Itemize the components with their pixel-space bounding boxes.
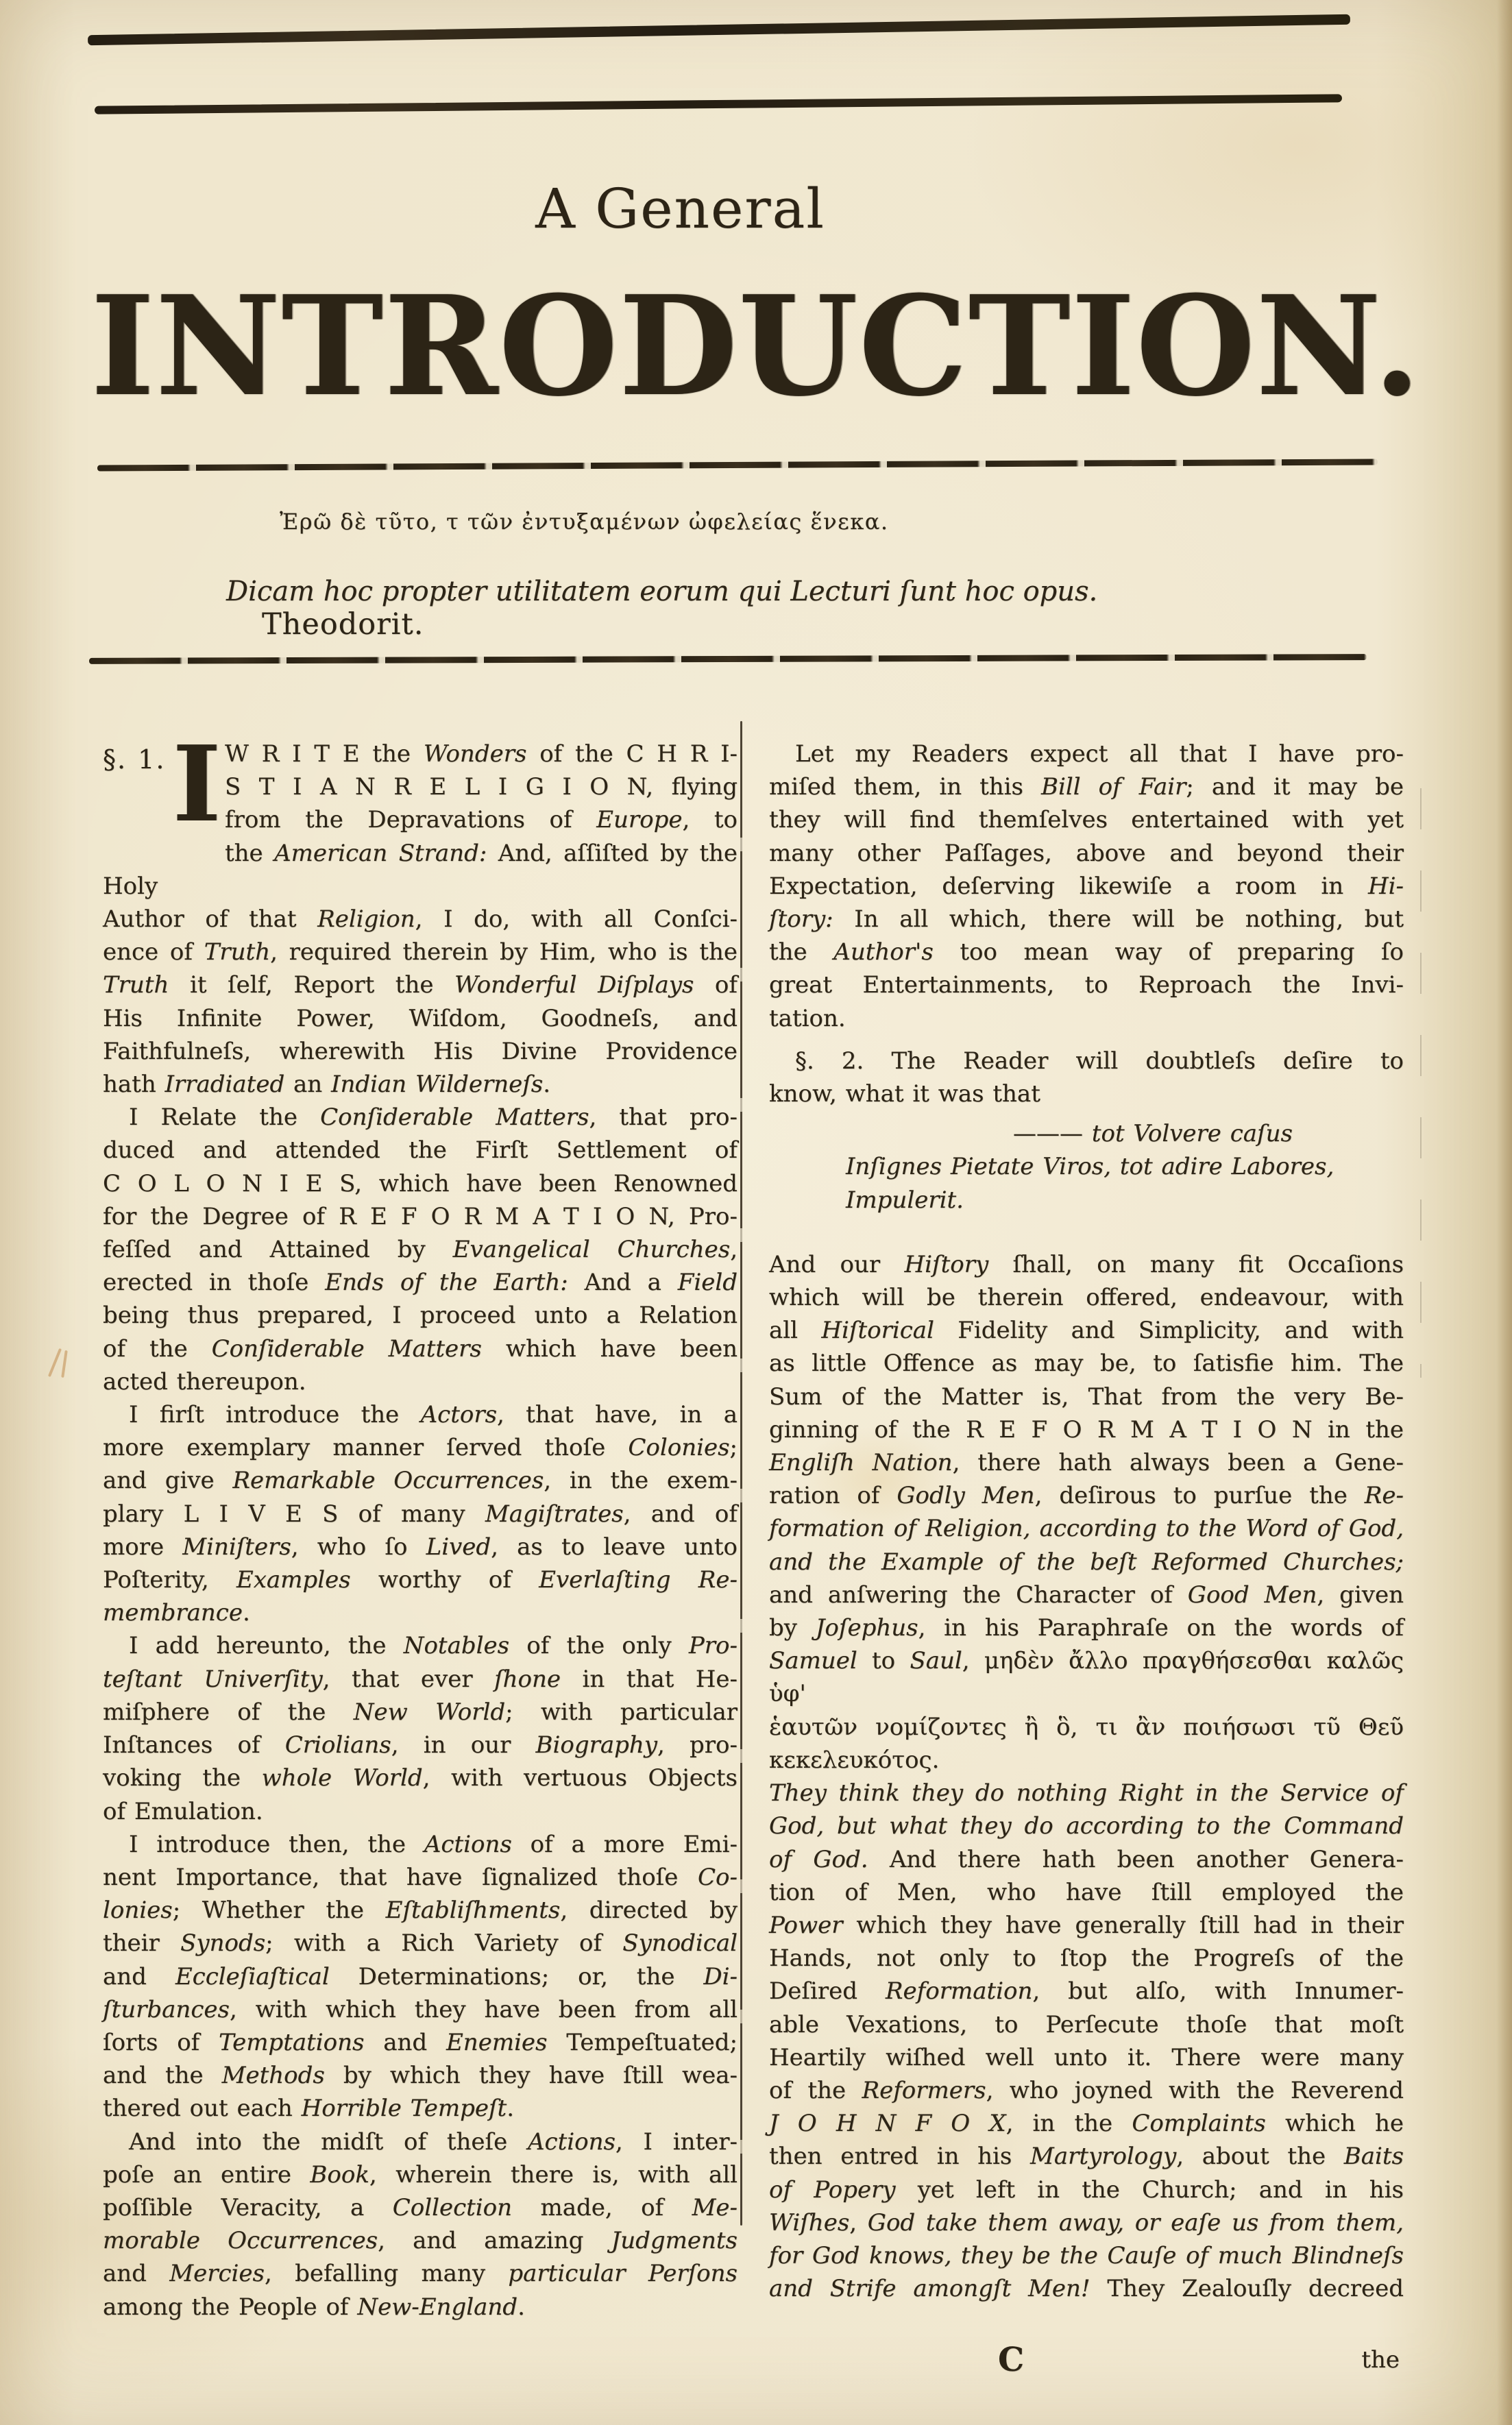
text-line: more Miniſters, who ſo Lived, as to leav… [103,1531,737,1563]
text-line: Engliſh Nation, there hath always been a… [769,1446,1404,1479]
text-line: thered out each Horrible Tempeſt. [103,2092,737,2125]
text-line: Poſterity, Examples worthy of Everlaſtin… [103,1563,737,1596]
roman-text: duced and attended the Firſt Settlement … [103,1136,737,1164]
roman-text: , deſirous to purſue the [1035,1482,1365,1509]
roman-text: of [694,971,737,999]
italic-text: Examples [236,1566,351,1594]
page-title-large: INTRODUCTION. [0,266,1512,427]
italic-text: Conſiderable Matters [212,1335,482,1363]
roman-text: worthy of [351,1566,539,1594]
roman-text: miſed them, in this [769,773,1041,801]
text-line: ſorts of Temptations and Enemies Tempeſt… [103,2026,737,2059]
text-line: I firſt introduce the Actors, that have,… [103,1398,737,1431]
italic-text: Di- [703,1963,737,1990]
italic-text: Co- [698,1864,737,1891]
italic-text: Conſiderable Matters [320,1104,589,1131]
italic-text: Evangelical Churches [453,1236,731,1263]
roman-text: for the Degree of R E F O R M A T I O N,… [103,1203,737,1230]
roman-text: And our [769,1251,905,1278]
italic-text: and Strife amongſt Men! [769,2275,1090,2302]
text-line: lonies; Whether the Eſtabliſhments, dire… [103,1894,737,1927]
text-line: able Vexations, to Perſecute thoſe that … [769,2008,1404,2041]
italic-text: Impulerit. [846,1186,964,1214]
roman-text: nent Importance, that have ſignalized th… [103,1864,698,1891]
text-line: ſturbances, with which they have been fr… [103,1993,737,2026]
roman-text: miſphere of the [103,1698,354,1726]
italic-text: Criolians [285,1731,391,1759]
roman-text: S T I A N R E L I G I O N, flying [225,773,737,801]
text-line: ration of Godly Men, deſirous to purſue … [769,1479,1404,1512]
roman-text: poſſible Veracity, a [103,2194,393,2221]
roman-text: §. 2. The Reader will doubtleſs deſire t… [795,1047,1404,1075]
italic-text: Me- [692,2194,737,2221]
italic-text: Actions [424,1831,512,1858]
roman-text: Hands, not only to ſtop the Progreſs of … [769,1945,1404,1972]
paragraph: Let my Readers expect all that I have pr… [769,738,1404,1035]
roman-text: In all which, there will be nothing, but [833,905,1404,933]
roman-text: . [243,1599,250,1626]
roman-text: and give [103,1467,232,1494]
text-line: Samuel to Saul, μηδὲν ἄλλο πραγθήσεσθαι … [769,1644,1404,1710]
text-line: Hands, not only to ſtop the Progreſs of … [769,1942,1404,1975]
roman-text: the [225,840,274,867]
roman-text: which have been [482,1335,737,1363]
roman-text: , in the [1006,2110,1132,2137]
text-line: and anſwering the Character of Good Men,… [769,1579,1404,1611]
roman-text: ſhall, on many fit Occaſions [988,1251,1404,1278]
italic-text: Ends of the Earth: [325,1269,568,1296]
roman-text: tation. [769,1005,846,1032]
roman-text: all [769,1317,821,1344]
text-line: and the Methods by which they have ſtill… [103,2059,737,2092]
text-line: Faithfulneſs, wherewith His Divine Provi… [103,1035,737,1068]
text-line: by Joſephus, in his Paraphraſe on the wo… [769,1611,1404,1644]
roman-text: , who joyned with the Reverend [986,2077,1404,2104]
text-line: I add hereunto, the Notables of the only… [103,1629,737,1662]
paragraph: I Relate the Conſiderable Matters, that … [103,1101,737,1398]
italic-text: Truth [103,971,169,999]
top-rule-1 [88,14,1350,46]
roman-text: and [103,2260,169,2287]
roman-text: ; [730,1434,737,1461]
roman-text: and anſwering the Character of [769,1581,1188,1609]
roman-text: , I do, with all Conſci- [415,905,737,933]
italic-text: ſhone [494,1666,561,1693]
italic-text: of God. [769,1846,868,1873]
epigraph-attribution: Theodorit. [262,607,424,642]
italic-text: Book [310,2161,369,2189]
epigraph-bottom-rule [89,654,1367,664]
italic-text: Collection [393,2194,512,2221]
text-line: formation of Religion, according to the … [769,1512,1404,1545]
drop-cap-letter: I [172,743,221,825]
italic-text: Horrible Tempeſt [302,2095,507,2122]
page-title-small: A General [0,177,1361,241]
roman-text: the [769,938,833,966]
roman-text: I Relate the [129,1104,320,1131]
text-line: morable Occurrences, and amazing Judgmen… [103,2224,737,2257]
roman-text: Faithfulneſs, wherewith His Divine Provi… [103,1038,737,1065]
roman-text: many other Paſſages, above and beyond th… [769,840,1404,867]
roman-text: They Zealouſly decreed [1090,2275,1404,2302]
paragraph: §. 1.IW R I T E the Wonders of the C H R… [103,738,737,1101]
italic-text: Complaints [1132,2110,1266,2137]
text-line: His Infinite Power, Wiſdom, Goodneſs, an… [103,1002,737,1035]
roman-text: made, of [512,2194,692,2221]
paragraph: I add hereunto, the Notables of the only… [103,1629,737,1827]
italic-text: God, but what they do according to the C… [769,1812,1404,1840]
text-line: nent Importance, that have ſignalized th… [103,1861,737,1894]
text-line: God, but what they do according to the C… [769,1809,1404,1842]
roman-text: ; and it may be [1186,773,1404,801]
text-line: the Author's too mean way of preparing ſ… [769,936,1404,968]
italic-text: Irradiated [165,1071,285,1098]
roman-text: , to [682,806,737,833]
roman-text: , [849,2209,868,2237]
latin-epigraph: Dicam hoc propter utilitatem eorum qui L… [226,576,1295,642]
text-line: for God knows, they be the Cauſe of much… [769,2239,1404,2272]
italic-text: Re- [1365,1482,1404,1509]
roman-text: , that pro- [589,1104,737,1131]
paragraph: And into the midſt of theſe Actions, I i… [103,2125,737,2324]
italic-text: Europe [596,806,682,833]
italic-text: Synodical [622,1929,737,1957]
italic-text: Baits [1344,2143,1404,2170]
catchword: the [1361,2343,1404,2376]
roman-text: of the [769,2077,862,2104]
text-line: their Synods; with a Rich Variety of Syn… [103,1927,737,1960]
italic-text: and the Example of the beſt Reformed Chu… [769,1548,1404,1576]
text-line: I Relate the Conſiderable Matters, that … [103,1101,737,1134]
italic-text: Religion [317,905,415,933]
roman-text: , but alſo, with Innumer- [1032,1977,1404,2005]
roman-text: which will be therein offered, endeavour… [769,1284,1404,1311]
italic-text: Hiſtory [905,1251,989,1278]
top-rule-2 [95,94,1342,114]
roman-text: And there hath been another Genera- [868,1846,1404,1873]
text-line: of Popery yet left in the Church; and in… [769,2173,1404,2206]
paragraph: And our Hiſtory ſhall, on many fit Occaſ… [769,1248,1404,2306]
roman-text: , in his Paraphraſe on the words of [918,1614,1404,1642]
roman-text: plary L I V E S of many [103,1500,485,1528]
text-line: ence of Truth, required therein by Him, … [103,936,737,968]
roman-text: I firſt introduce the [129,1401,421,1428]
roman-text: , that ever [323,1666,494,1693]
text-line: of the Conſiderable Matters which have b… [103,1332,737,1365]
roman-text: Tempeſtuated; [548,2029,737,2056]
text-line: Impulerit. [846,1184,1404,1217]
italic-text: Inſignes Pietate Viros, tot adire Labore… [846,1153,1334,1180]
signature-catchword-row: Cthe [769,2343,1404,2376]
italic-text: Power [769,1912,842,1939]
text-line: teſtant Univerſity, that ever ſhone in t… [103,1663,737,1696]
italic-text: Truth [204,938,270,966]
roman-text: , as to leave unto [491,1533,737,1561]
greek-epigraph: Ἐρῶ δὲ τῦτο, τ τῶν ἐντυξαμένων ὠφελείας … [280,509,888,535]
roman-text: of Emulation. [103,1798,263,1825]
roman-text: feſſed and Attained by [103,1236,453,1263]
roman-text: , in our [391,1731,536,1759]
right-margin-bleed-line [1420,788,1422,1378]
roman-text: of a more Emi- [512,1831,737,1858]
roman-text: , [730,1236,737,1263]
roman-text: , about the [1176,2143,1344,2170]
roman-text: Expectation, deſerving likewiſe a room i… [769,873,1368,900]
paragraph: I introduce then, the Actions of a more … [103,1828,737,2125]
gathering-signature-mark: C [998,2343,1024,2376]
right-text-column: Let my Readers expect all that I have pr… [769,738,1404,2377]
text-line: and the Example of the beſt Reformed Chu… [769,1546,1404,1579]
italic-text: Reformers [862,2077,986,2104]
italic-text: of Popery [769,2176,896,2204]
text-line: they will find themſelves entertained wi… [769,803,1404,836]
italic-text: New World [354,1698,505,1726]
text-line: great Entertainments, to Reproach the In… [769,968,1404,1001]
text-line: Inſtances of Criolians, in our Biography… [103,1729,737,1762]
text-line: tation. [769,1002,1404,1035]
roman-text: of the C H R I- [526,740,737,768]
roman-text: , and of [624,1500,737,1528]
roman-text: yet left in the Church; and in his [896,2176,1404,2204]
roman-text: in that He- [561,1666,737,1693]
italic-text: Magiſtrates [485,1500,624,1528]
roman-text: to [857,1647,910,1674]
roman-text: ; with particular [505,1698,737,1726]
text-line: J O H N F O X, in the Complaints which h… [769,2107,1404,2140]
italic-text: Eccleſiaſtical [175,1963,330,1990]
italic-text: Saul [910,1647,962,1674]
text-line: of Emulation. [103,1795,737,1828]
italic-text: Everlaſting Re- [539,1566,737,1594]
text-line: poſſible Veracity, a Collection made, of… [103,2191,737,2224]
italic-text: teſtant Univerſity [103,1666,323,1693]
italic-text: membrance [103,1599,243,1626]
roman-text: ——— [1013,1120,1092,1147]
italic-text: ſturbances [103,1996,230,2023]
roman-text: as little Offence as may be, to ſatisfie… [769,1350,1404,1377]
roman-text: Deſired [769,1977,886,2005]
roman-text: they will find themſelves entertained wi… [769,806,1404,833]
italic-text: Judgments [611,2227,737,2254]
roman-text: I introduce then, the [129,1831,424,1858]
roman-text: ; with a Rich Variety of [265,1929,622,1957]
latin-epigraph-text: Dicam hoc propter utilitatem eorum qui L… [226,576,1097,607]
italic-text: Wonderful Diſplays [454,971,694,999]
roman-text: poſe an entire [103,2161,310,2189]
roman-text: , with vertuous Objects [423,1764,737,1792]
italic-text: morable Occurrences [103,2227,378,2254]
text-line: And into the midſt of theſe Actions, I i… [103,2125,737,2158]
roman-text: acted thereupon. [103,1368,306,1396]
text-line: Power which they have generally ſtill ha… [769,1909,1404,1942]
roman-text: ἑαυτῶν νομίζοντες ἢ ὃ, τι ἂν ποιήσωσι τῦ… [769,1714,1404,1774]
roman-text: And into the midſt of theſe [129,2128,528,2156]
roman-text: . [517,2293,525,2321]
italic-text: Actors [421,1401,497,1428]
dropcap-block: §. 1.I [103,738,225,838]
italic-text: Field [678,1269,737,1296]
section-marker: §. 1. [103,738,165,776]
text-line: erected in thoſe Ends of the Earth: And … [103,1266,737,1299]
roman-text: , who ſo [291,1533,426,1561]
roman-text: voking the [103,1764,262,1792]
italic-text: whole World [262,1764,423,1792]
roman-text: of the [103,1335,212,1363]
roman-text: , pro- [657,1731,737,1759]
roman-text: C O L O N I E S, which have been Renowne… [103,1170,737,1197]
roman-text: And a [568,1269,678,1296]
italic-text: Engliſh Nation [769,1449,953,1476]
italic-text: New-England [357,2293,517,2321]
italic-text: particular Perſons [508,2260,737,2287]
roman-text: , there hath always been a Gene- [953,1449,1404,1476]
text-line: the American Strand: And, aſſiſted by th… [103,837,737,903]
italic-text: Biography [536,1731,658,1759]
text-line: all Hiſtorical Fidelity and Simplicity, … [769,1314,1404,1347]
text-line: Truth it ſelf, Report the Wonderful Diſp… [103,968,737,1001]
text-line: which will be therein offered, endeavour… [769,1281,1404,1314]
roman-text: Determinations; or, the [330,1963,704,1990]
italic-text: Bill of Fair [1041,773,1186,801]
text-line: being thus prepared, I proceed unto a Re… [103,1299,737,1332]
text-line: And our Hiſtory ſhall, on many fit Occaſ… [769,1248,1404,1281]
text-line: Let my Readers expect all that I have pr… [769,738,1404,770]
italic-text: Wonders [424,740,527,768]
text-line: Heartily wiſhed well unto it. There were… [769,2041,1404,2074]
roman-text: by [769,1614,816,1642]
text-line: miſphere of the New World; with particul… [103,1696,737,1729]
text-line: then entred in his Martyrology, about th… [769,2140,1404,2173]
roman-text: then entred in his [769,2143,1030,2170]
italic-text: Remarkable Occurrences [232,1467,544,1494]
roman-text: erected in thoſe [103,1269,325,1296]
italic-text: Martyrology [1030,2143,1176,2170]
roman-text: more [103,1533,182,1561]
italic-text: Samuel [769,1647,857,1674]
roman-text: and [103,1963,175,1990]
text-line: and Mercies, befalling many particular P… [103,2257,737,2290]
roman-text: Heartily wiſhed well unto it. There were… [769,2044,1404,2071]
roman-text: of the only [509,1632,689,1659]
italic-text: They think they do nothing Right in the … [769,1779,1404,1807]
italic-text: Methods [222,2062,325,2089]
italic-text: lonies [103,1897,173,1924]
roman-text: , befalling many [265,2260,508,2287]
italic-text: Notables [404,1632,509,1659]
text-line: duced and attended the Firſt Settlement … [103,1134,737,1167]
text-line: know, what it was that [769,1077,1404,1110]
left-text-column: §. 1.IW R I T E the Wonders of the C H R… [103,738,737,2324]
italic-text: Wiſhes [769,2209,849,2237]
roman-text: able Vexations, to Perſecute thoſe that … [769,2011,1404,2038]
roman-text: thered out each [103,2095,302,2122]
text-line: and Eccleſiaſtical Determinations; or, t… [103,1960,737,1993]
roman-text: more exemplary manner ſerved thoſe [103,1434,628,1461]
italic-text: tot Volvere caſus [1092,1120,1293,1147]
italic-text: Indian Wilderneſs [331,1071,543,1098]
text-line: Expectation, deſerving likewiſe a room i… [769,870,1404,903]
roman-text: Sum of the Matter is, That from the very… [769,1383,1404,1411]
roman-text: , with which they have been from all [230,1996,737,2023]
roman-text: know, what it was that [769,1080,1040,1108]
italic-text: Eſtabliſhments [386,1897,561,1924]
italic-text: American Strand: [274,840,487,867]
text-line: They think they do nothing Right in the … [769,1777,1404,1809]
roman-text: tion of Men, who have ſtill employed the [769,1879,1404,1906]
roman-text: an [284,1071,331,1098]
italic-text: Joſephus [816,1614,918,1642]
roman-text: , and amazing [378,2227,611,2254]
roman-text: ſorts of [103,2029,219,2056]
paragraph: §. 2. The Reader will doubtleſs deſire t… [769,1045,1404,1110]
text-line: of the Reformers, who joyned with the Re… [769,2074,1404,2107]
verse-quotation: ——— tot Volvere caſusInſignes Pietate Vi… [846,1117,1404,1217]
text-line: Sum of the Matter is, That from the very… [769,1380,1404,1413]
italic-text: Good Men [1188,1581,1317,1609]
roman-text: ; Whether the [173,1897,386,1924]
paragraph: I firſt introduce the Actors, that have,… [103,1398,737,1629]
italic-text: Reformation [886,1977,1032,2005]
roman-text: , in the exem- [544,1467,737,1494]
roman-text: great Entertainments, to Reproach the In… [769,971,1404,999]
text-line: among the People of New-England. [103,2291,737,2324]
roman-text: it ſelf, Report the [169,971,454,999]
roman-text: which they have generally ſtill had in t… [842,1912,1404,1939]
italic-text: ſtory: [769,905,833,933]
roman-text: , given [1317,1581,1404,1609]
italic-text: formation of Religion, according to the … [769,1515,1404,1542]
text-line: for the Degree of R E F O R M A T I O N,… [103,1200,737,1233]
italic-text: Colonies [628,1434,729,1461]
text-line: of God. And there hath been another Gene… [769,1843,1404,1876]
text-line: more exemplary manner ſerved thoſe Colon… [103,1431,737,1464]
roman-text: W R I T E the [225,740,424,768]
roman-text: Author of that [103,905,317,933]
roman-text: Fidelity and Simplicity, and with [934,1317,1404,1344]
italic-text: Temptations [219,2029,364,2056]
italic-text: Author's [833,938,934,966]
text-line: tion of Men, who have ſtill employed the [769,1876,1404,1909]
roman-text: and the [103,2062,222,2089]
roman-text: . [543,1071,550,1098]
roman-text: being thus prepared, I proceed unto a Re… [103,1302,737,1329]
text-line: miſed them, in this Bill of Fair; and it… [769,770,1404,803]
roman-text: . [507,2095,514,2122]
roman-text: which he [1266,2110,1404,2137]
italic-text: Hi- [1368,873,1404,900]
roman-text: too mean way of preparing ſo [934,938,1404,966]
roman-text: , that have, in a [497,1401,737,1428]
text-line: voking the whole World, with vertuous Ob… [103,1762,737,1794]
text-line: feſſed and Attained by Evangelical Churc… [103,1233,737,1266]
text-line: membrance. [103,1596,737,1629]
roman-text: their [103,1929,180,1957]
text-line: C O L O N I E S, which have been Renowne… [103,1167,737,1200]
roman-text: ration of [769,1482,897,1509]
italic-text: Godly Men [897,1482,1034,1509]
italic-text: Miniſters [182,1533,291,1561]
text-line: poſe an entire Book, wherein there is, w… [103,2158,737,2191]
italic-text: Synods [180,1929,265,1957]
roman-text: hath [103,1071,165,1098]
roman-text: among the People of [103,2293,357,2321]
roman-text: , wherein there is, with all [369,2161,737,2189]
roman-text: and [364,2029,446,2056]
roman-text: Inſtances of [103,1731,285,1759]
text-line: Author of that Religion, I do, with all … [103,903,737,936]
text-line: I introduce then, the Actions of a more … [103,1828,737,1861]
italic-text: Pro- [689,1632,737,1659]
